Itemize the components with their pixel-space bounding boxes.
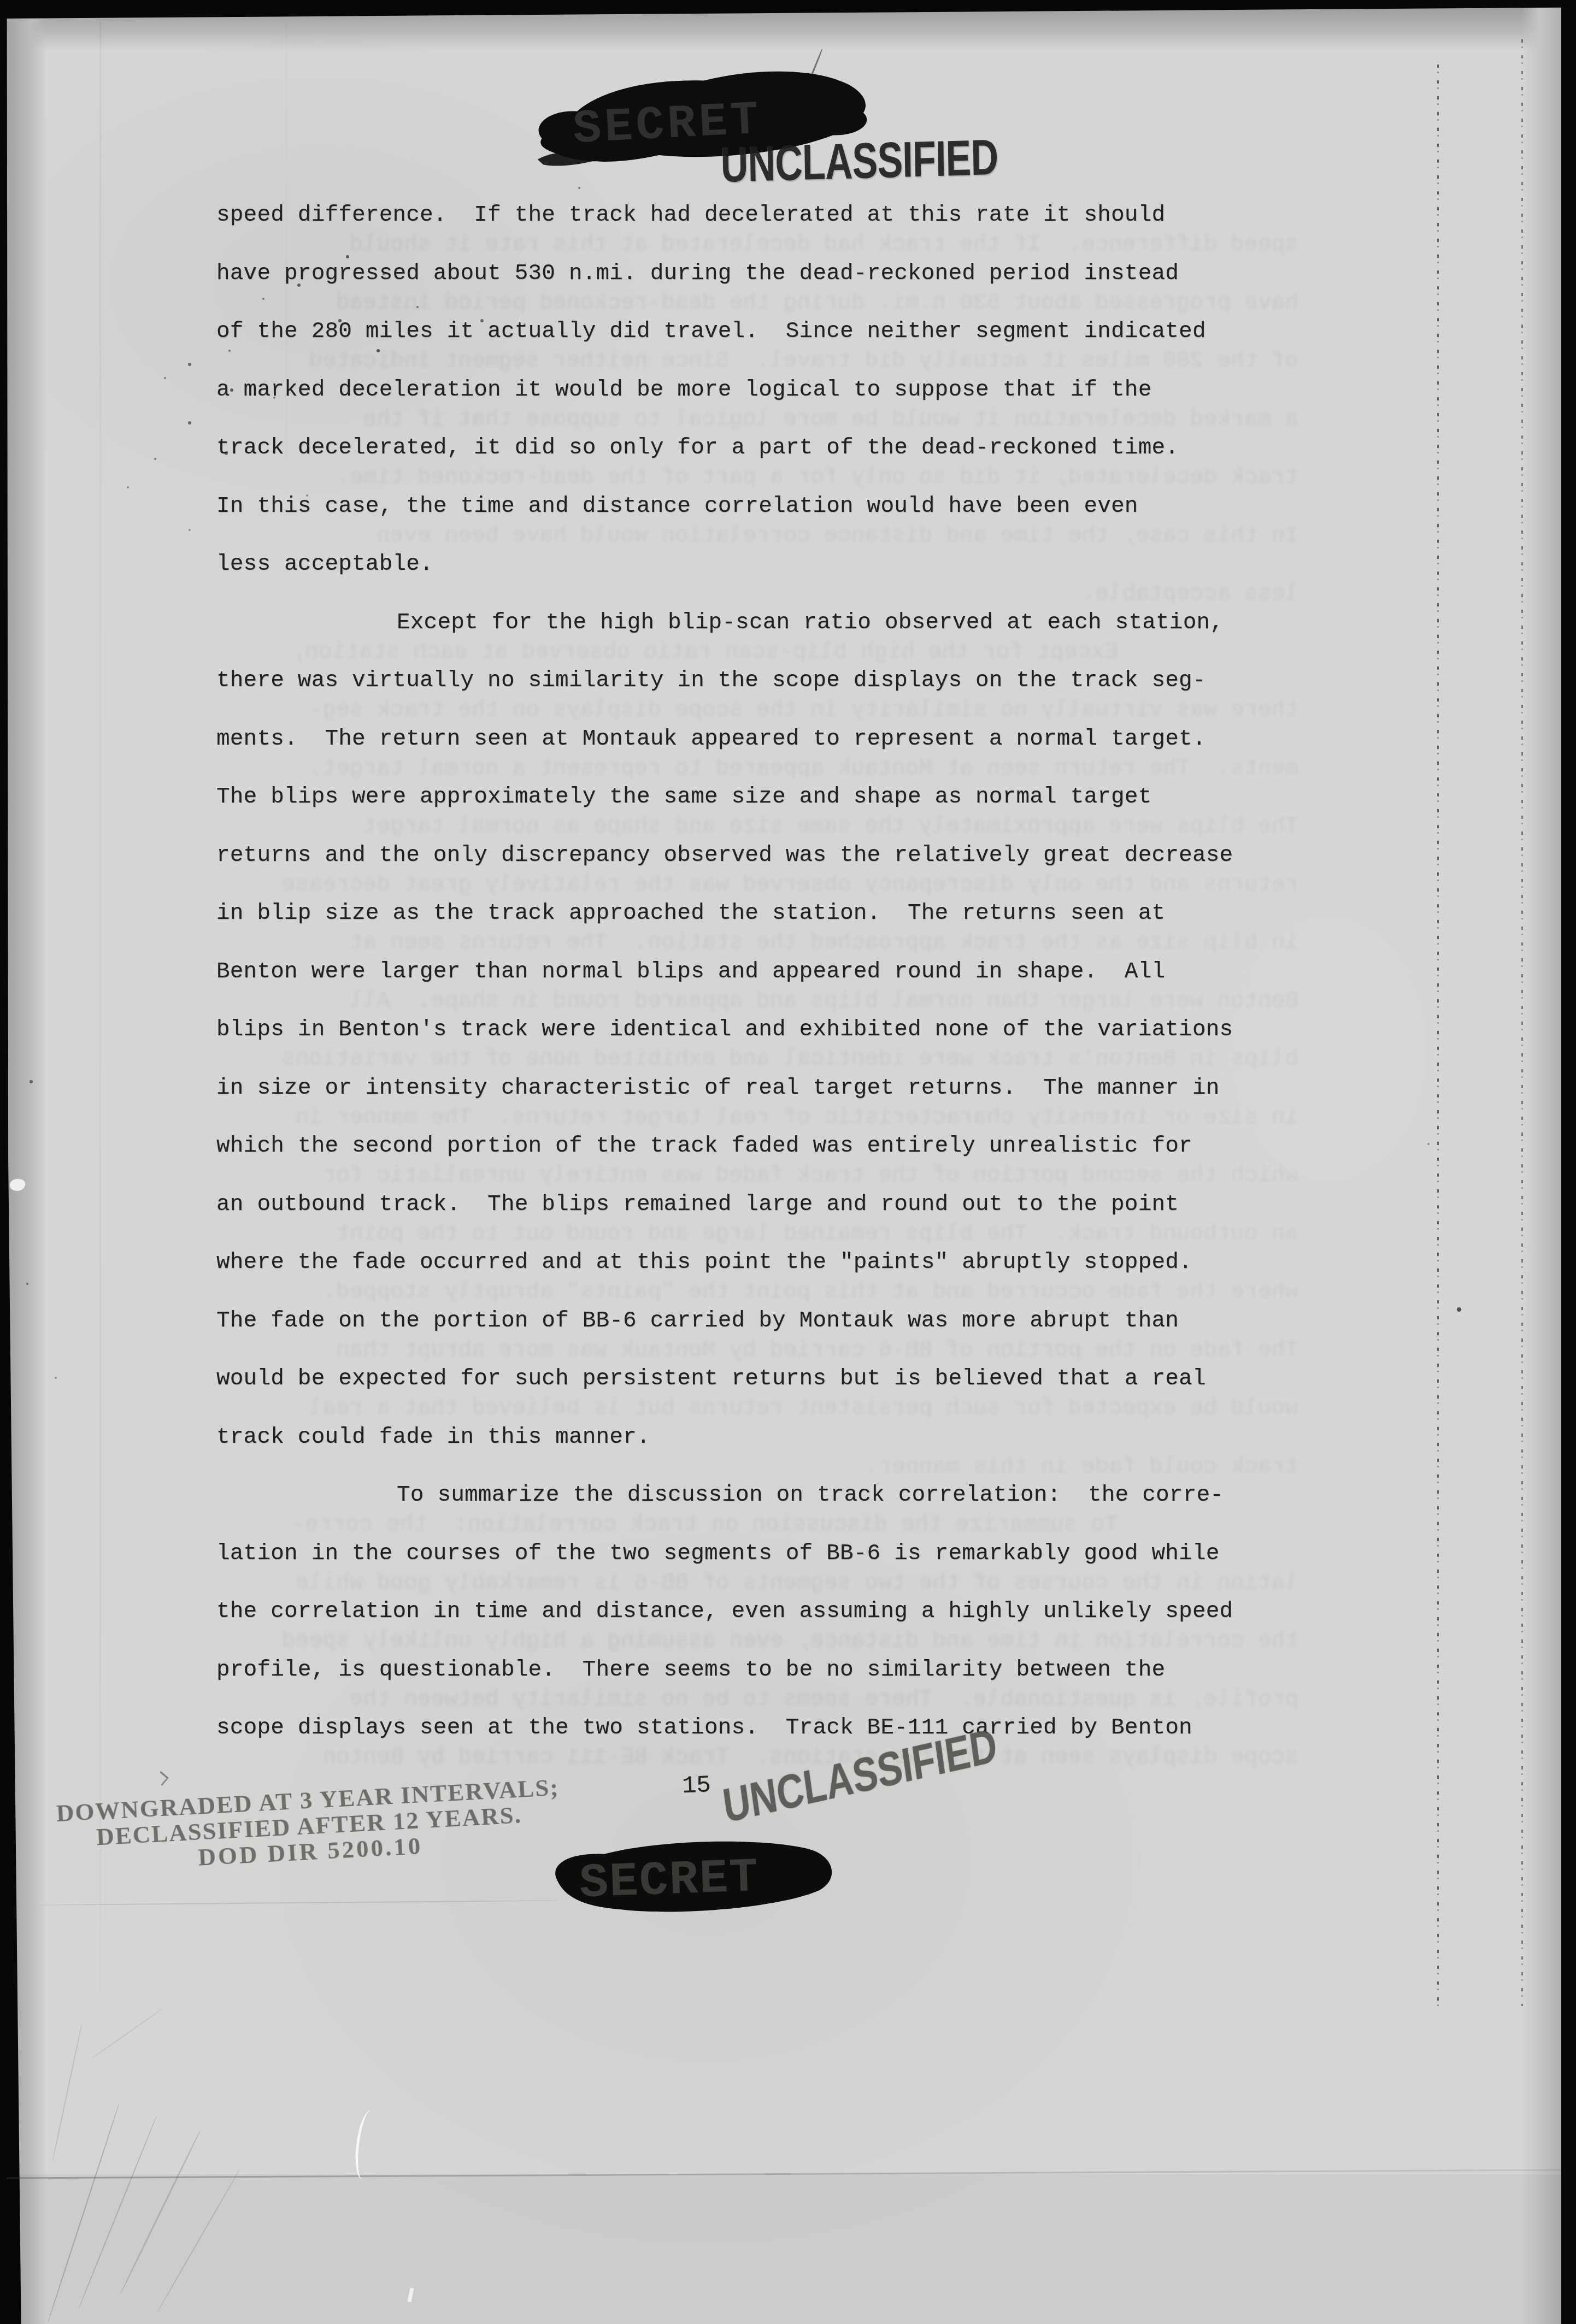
secret-stamp-text: SECRET (579, 1851, 760, 1911)
page-right-edge-shadow (1521, 7, 1562, 2324)
body-text: speed difference. If the track had decel… (216, 186, 1298, 1757)
body-line: blips in Benton's track were identical a… (216, 1001, 1298, 1059)
page-below-fold (7, 2174, 1562, 2324)
body-line: profile, is questionable. There seems to… (216, 1641, 1298, 1700)
body-line: there was virtually no similarity in the… (216, 652, 1298, 710)
body-line: in blip size as the track approached the… (216, 884, 1298, 943)
body-line: lation in the courses of the two segment… (216, 1525, 1298, 1583)
ink-speckles (0, 0, 2, 2)
scanned-document: SECRET UNCLASSIFIED speed difference. If… (0, 0, 1576, 2324)
body-line: which the second portion of the track fa… (216, 1117, 1298, 1176)
body-line: the correlation in time and distance, ev… (216, 1583, 1298, 1641)
body-line: would be expected for such persistent re… (216, 1350, 1298, 1408)
body-line: a marked deceleration it would be more l… (216, 361, 1298, 420)
body-line: speed difference. If the track had decel… (216, 186, 1298, 245)
body-line: In this case, the time and distance corr… (216, 477, 1298, 536)
body-line: To summarize the discussion on track cor… (216, 1466, 1298, 1525)
body-line: ments. The return seen at Montauk appear… (216, 710, 1298, 769)
body-line: where the fade occurred and at this poin… (216, 1234, 1298, 1292)
body-line: an outbound track. The blips remained la… (216, 1176, 1298, 1234)
scan-background-right (1561, 0, 1576, 2324)
body-line: less acceptable. (216, 535, 1298, 594)
margin-dotted-line-outer (1521, 39, 1523, 2006)
page-number: 15 (681, 1772, 711, 1800)
body-line: scope displays seen at the two stations.… (216, 1699, 1298, 1757)
body-line: The fade on the portion of BB-6 carried … (216, 1292, 1298, 1350)
unclassified-stamp-top: UNCLASSIFIED (720, 132, 998, 190)
body-line: returns and the only discrepancy observe… (216, 827, 1298, 885)
body-line: of the 280 miles it actually did travel.… (216, 303, 1298, 361)
body-line: Benton were larger than normal blips and… (216, 943, 1298, 1001)
margin-dotted-line-inner (1437, 64, 1439, 2009)
body-line: in size or intensity characteristic of r… (216, 1059, 1298, 1118)
body-line: have progressed about 530 n.mi. during t… (216, 245, 1298, 303)
body-line: The blips were approximately the same si… (216, 768, 1298, 827)
body-line: track decelerated, it did so only for a … (216, 419, 1298, 477)
body-line: track could fade in this manner. (216, 1408, 1298, 1467)
body-line: Except for the high blip-scan ratio obse… (216, 594, 1298, 652)
